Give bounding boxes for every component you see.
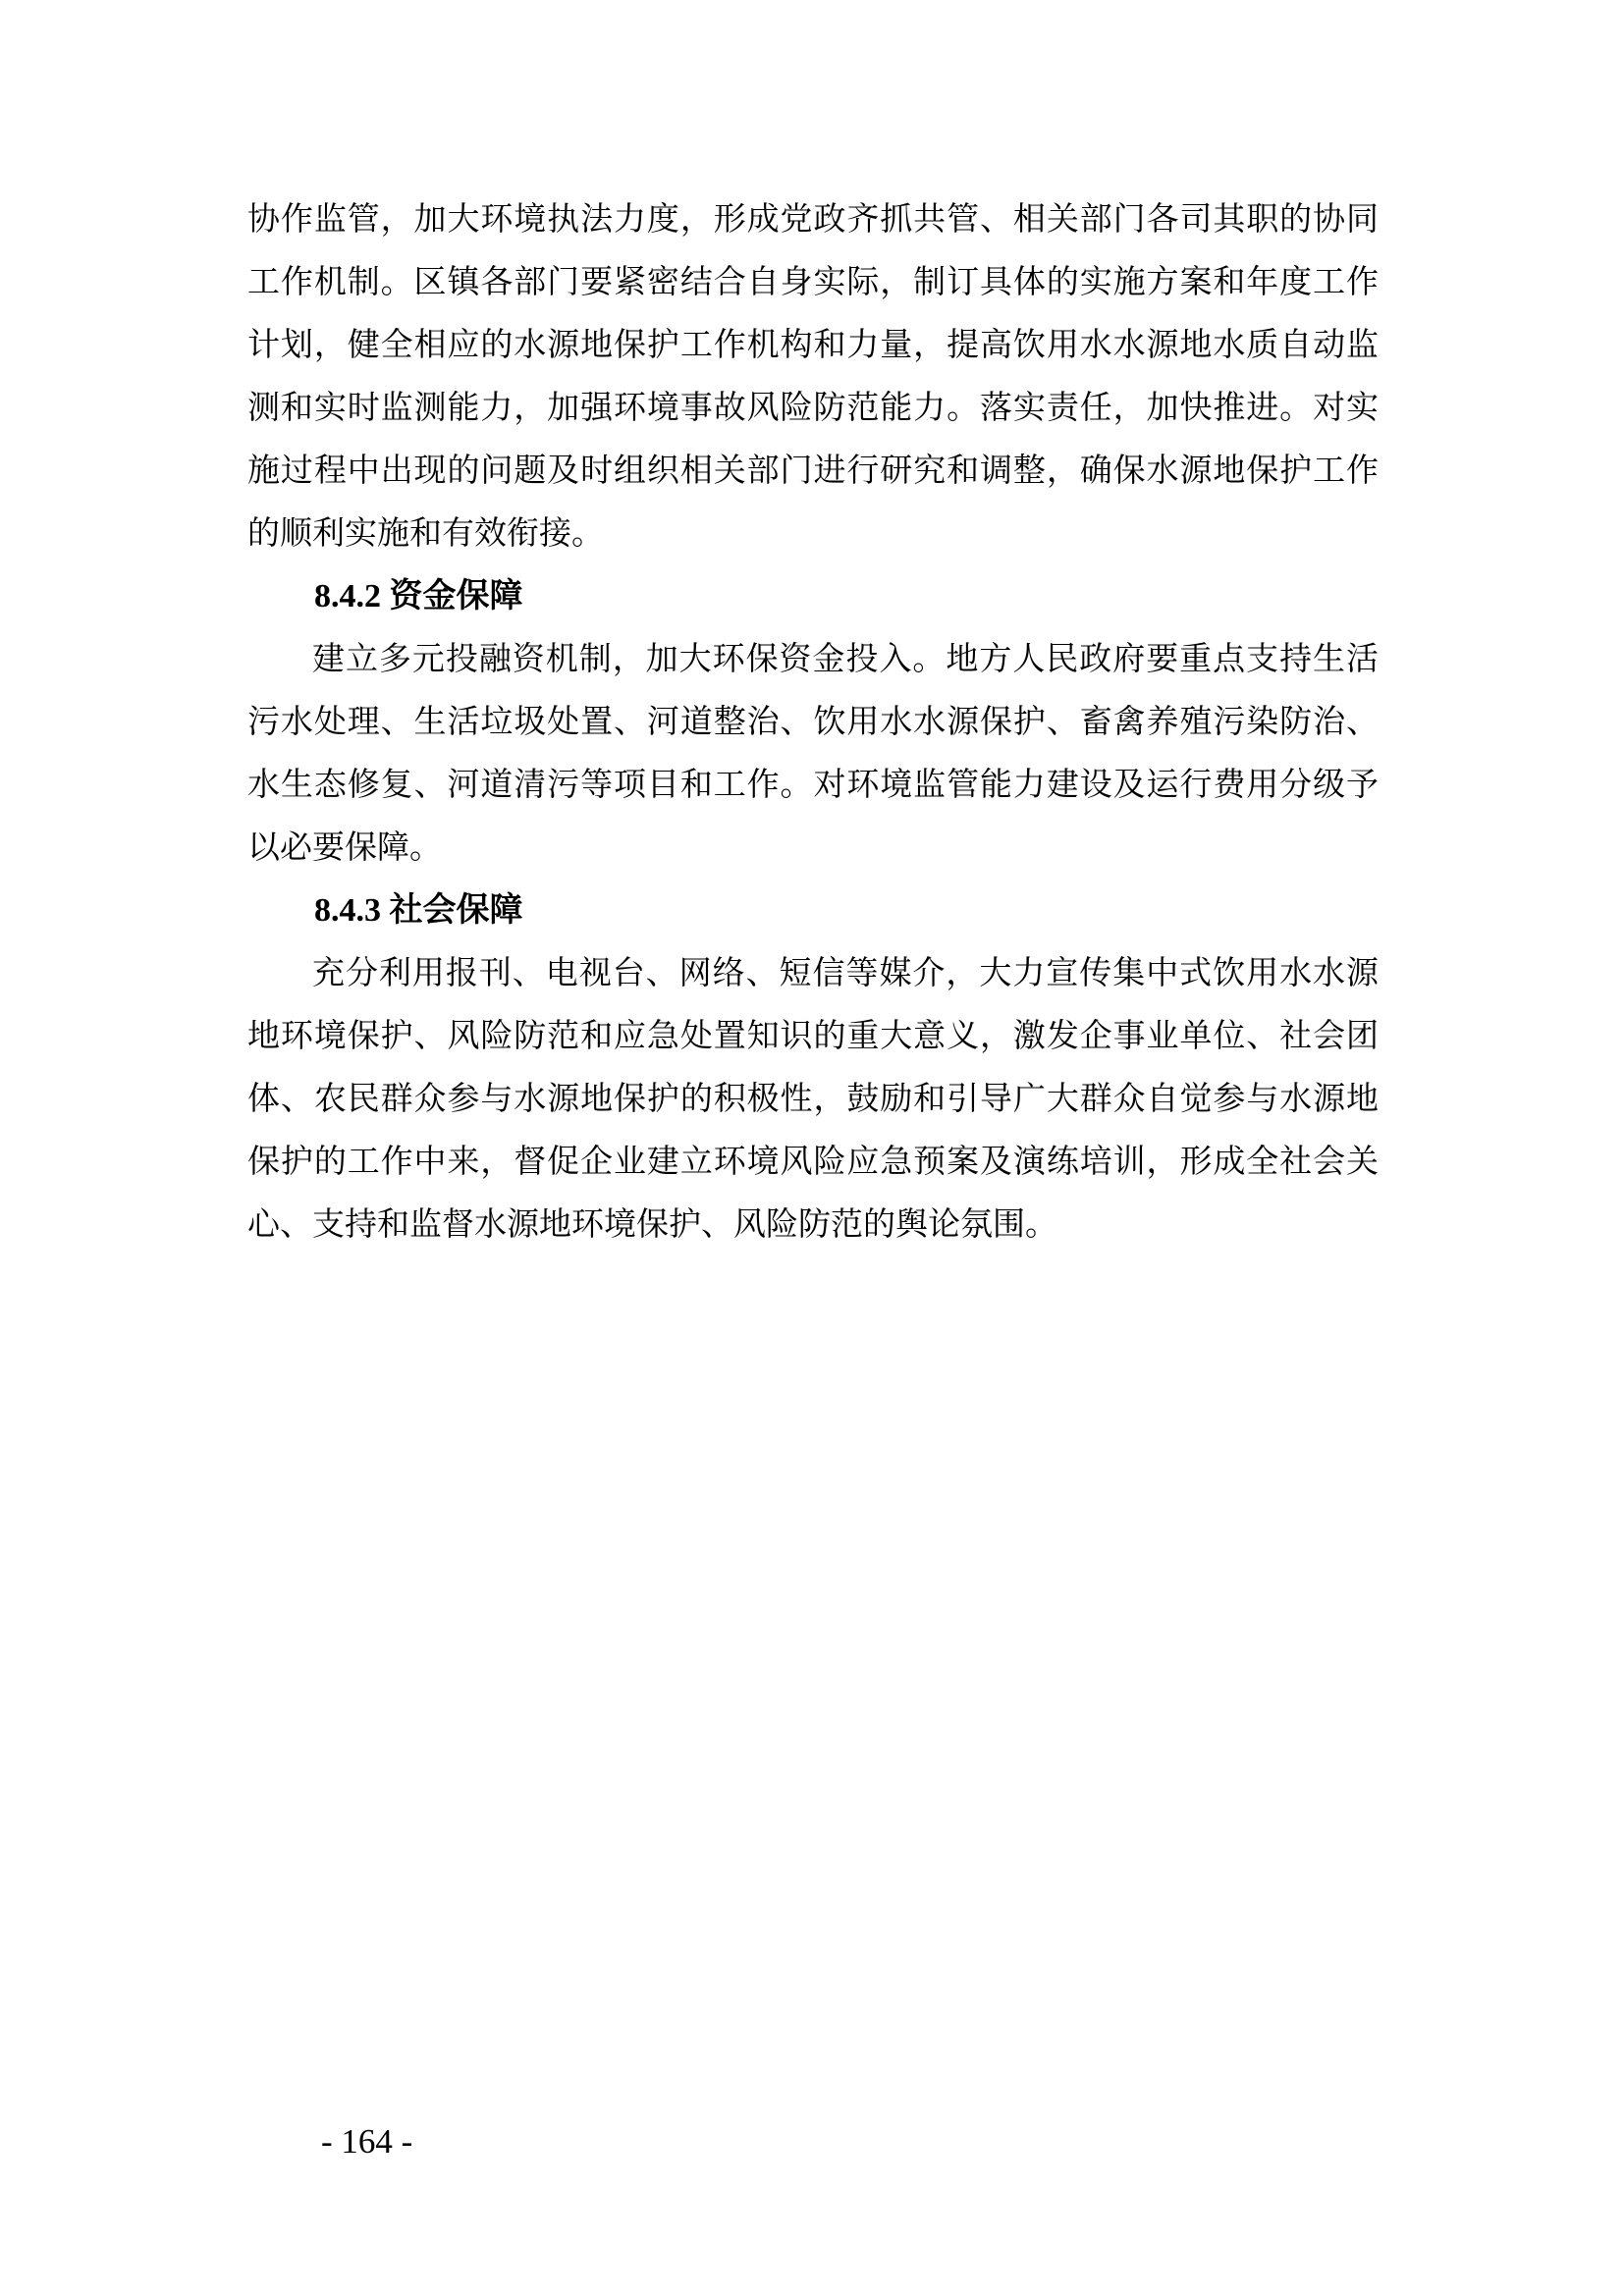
page-number: - 164 - (321, 2120, 412, 2163)
heading-8-4-3-social-guarantee: 8.4.3 社会保障 (247, 880, 1379, 942)
page-content: 协作监管，加大环境执法力度，形成党政齐抓共管、相关部门各司其职的协同工作机制。区… (247, 188, 1379, 1256)
heading-8-4-2-funding-guarantee: 8.4.2 资金保障 (247, 565, 1379, 628)
document-page: 协作监管，加大环境执法力度，形成党政齐抓共管、相关部门各司其职的协同工作机制。区… (0, 0, 1624, 2296)
paragraph-implementation-coordination: 协作监管，加大环境执法力度，形成党政齐抓共管、相关部门各司其职的协同工作机制。区… (247, 188, 1379, 565)
paragraph-funding-guarantee: 建立多元投融资机制，加大环保资金投入。地方人民政府要重点支持生活污水处理、生活垃… (247, 628, 1379, 880)
paragraph-social-guarantee: 充分利用报刊、电视台、网络、短信等媒介，大力宣传集中式饮用水水源地环境保护、风险… (247, 942, 1379, 1256)
